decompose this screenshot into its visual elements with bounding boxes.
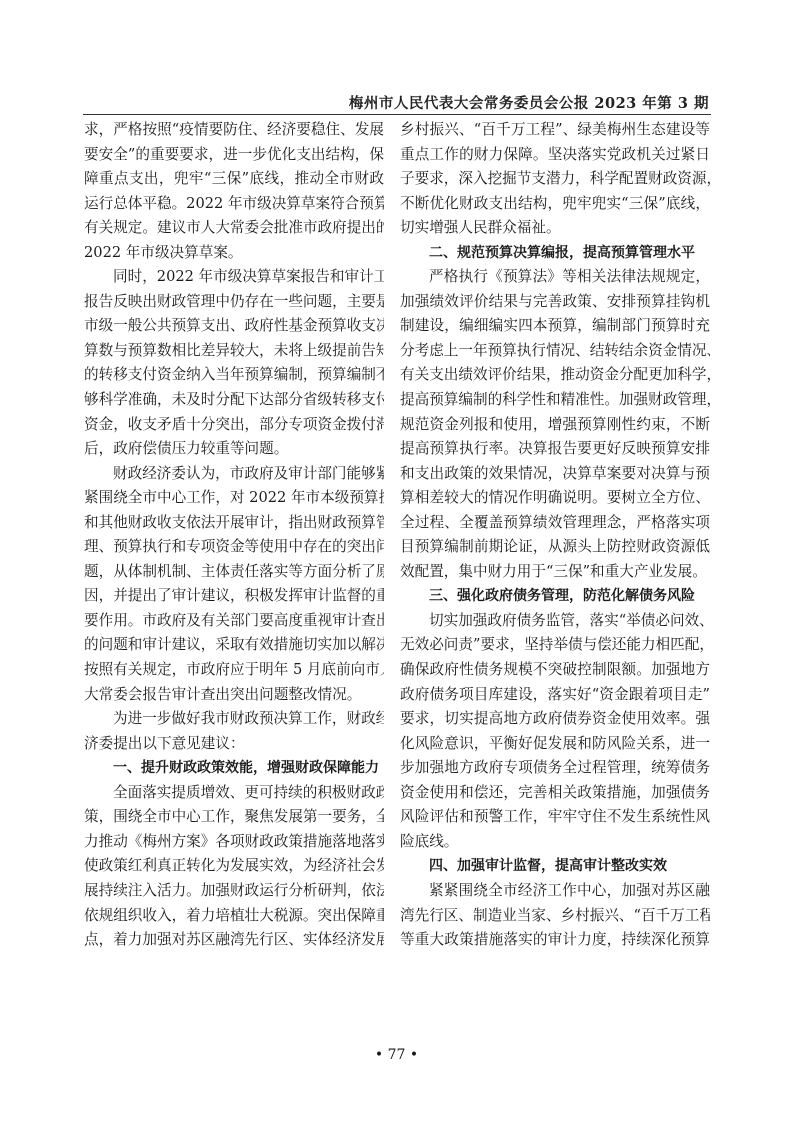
text-line: 湾先行区、制造业当家、乡村振兴、“百千万工程” [400, 904, 710, 929]
text-line: 效配置，集中财力用于“三保”和重大产业发展。 [400, 560, 710, 585]
paragraph: 同时，2022 年市级决算草案报告和审计工作报告反映出财政管理中仍存在一些问题，… [84, 265, 384, 461]
text-line: 无效必问责”要求，坚持举债与偿还能力相匹配， [400, 633, 710, 658]
text-line: 要作用。市政府及有关部门要高度重视审计查出 [84, 609, 384, 634]
text-line: 按照有关规定，市政府应于明年 5 月底前向市人 [84, 658, 384, 683]
text-line: 制建设，编细编实四本预算，编制部门预算时充 [400, 314, 710, 339]
text-line: 规范资金列报和使用，增强预算刚性约束，不断 [400, 413, 710, 438]
text-line: 有关支出绩效评价结果，推动资金分配更加科学， [400, 363, 710, 388]
text-line: 算数与预算数相比差异较大，未将上级提前告知 [84, 339, 384, 364]
page-number: • 77 • [0, 1047, 793, 1063]
text-line: 目预算编制前期论证，从源头上防控财政资源低 [400, 535, 710, 560]
text-line: 算相差较大的情况作明确说明。要树立全方位、 [400, 486, 710, 511]
text-line: 展持续注入活力。加强财政运行分析研判，依法 [84, 879, 384, 904]
text-line: 和支出政策的效果情况，决算草案要对决算与预 [400, 462, 710, 487]
text-line: 使政策红利真正转化为发展实效，为经济社会发 [84, 854, 384, 879]
text-line: 提高预算执行率。决算报告要更好反映预算安排 [400, 437, 710, 462]
text-line: 切实增强人民群众福祉。 [400, 216, 710, 241]
text-line: 资金使用和偿还，完善相关政策措施，加强债务 [400, 781, 710, 806]
text-line: 全过程、全覆盖预算绩效管理理念，严格落实项 [400, 511, 710, 536]
text-line: 力推动《梅州方案》各项财政政策措施落地落实， [84, 830, 384, 855]
text-line: 点，着力加强对苏区融湾先行区、实体经济发展、 [84, 928, 384, 953]
text-line: 严格执行《预算法》等相关法律法规规定， [400, 265, 710, 290]
text-line: 确保政府性债务规模不突破控制限额。加强地方 [400, 658, 710, 683]
page-header: 梅州市人民代表大会常务委员会公报 2023 年第 3 期 [83, 92, 711, 115]
text-line: 等重大政策措施落实的审计力度，持续深化预算 [400, 928, 710, 953]
text-line: 市级一般公共预算支出、政府性基金预算收支决 [84, 314, 384, 339]
text-line: 求，严格按照“疫情要防住、经济要稳住、发展 [84, 118, 384, 143]
text-line: 提高预算编制的科学性和精准性。加强财政管理， [400, 388, 710, 413]
text-line: 理、预算执行和专项资金等使用中存在的突出问 [84, 535, 384, 560]
paragraph: 财政经济委认为，市政府及审计部门能够紧紧围绕全市中心工作，对 2022 年市本级… [84, 462, 384, 707]
paragraph: 为进一步做好我市财政预决算工作，财政经济委提出以下意见建议： [84, 707, 384, 756]
section-heading: 二、规范预算决算编报，提高预算管理水平 [400, 241, 710, 266]
text-line: 济委提出以下意见建议： [84, 732, 384, 757]
text-line: 的问题和审计建议，采取有效措施切实加以解决。 [84, 633, 384, 658]
text-line: 紧围绕全市中心工作，对 2022 年市本级预算执行 [84, 486, 384, 511]
text-line: 的转移支付资金纳入当年预算编制，预算编制不 [84, 363, 384, 388]
text-line: 运行总体平稳。2022 年市级决算草案符合预算法 [84, 192, 384, 217]
section-heading: 四、加强审计监督，提高审计整改实效 [400, 854, 710, 879]
text-line: 重点工作的财力保障。坚决落实党政机关过紧日 [400, 143, 710, 168]
text-line: 和其他财政收支依法开展审计，指出财政预算管 [84, 511, 384, 536]
text-line: 步加强地方政府专项债务全过程管理，统筹债务 [400, 756, 710, 781]
text-line: 加强绩效评价结果与完善政策、安排预算挂钩机 [400, 290, 710, 315]
text-line: 二、规范预算决算编报，提高预算管理水平 [400, 241, 710, 266]
bulletin-title: 梅州市人民代表大会常务委员会公报 2023 年第 3 期 [349, 92, 709, 113]
text-line: 分考虑上一年预算执行情况、结转结余资金情况、 [400, 339, 710, 364]
text-line: 够科学准确，未及时分配下达部分省级转移支付 [84, 388, 384, 413]
section-heading: 三、强化政府债务管理，防范化解债务风险 [400, 584, 710, 609]
paragraph: 求，严格按照“疫情要防住、经济要稳住、发展要安全”的重要要求，进一步优化支出结构… [84, 118, 384, 265]
text-line: 为进一步做好我市财政预决算工作，财政经 [84, 707, 384, 732]
text-line: 报告反映出财政管理中仍存在一些问题，主要是： [84, 290, 384, 315]
text-line: 要求，切实提高地方政府债券资金使用效率。强 [400, 707, 710, 732]
right-column: 乡村振兴、“百千万工程”、绿美梅州生态建设等重点工作的财力保障。坚决落实党政机关… [400, 118, 710, 953]
text-line: 全面落实提质增效、更可持续的积极财政政 [84, 781, 384, 806]
text-line: 风险评估和预警工作，牢牢守住不发生系统性风 [400, 805, 710, 830]
text-line: 因，并提出了审计建议，积极发挥审计监督的重 [84, 584, 384, 609]
text-line: 一、提升财政政策效能，增强财政保障能力 [84, 756, 384, 781]
text-line: 政府债务项目库建设，落实好“资金跟着项目走” [400, 683, 710, 708]
text-line: 资金，收支矛盾十分突出，部分专项资金拨付滞 [84, 413, 384, 438]
text-line: 后，政府偿债压力较重等问题。 [84, 437, 384, 462]
text-line: 四、加强审计监督，提高审计整改实效 [400, 854, 710, 879]
text-line: 乡村振兴、“百千万工程”、绿美梅州生态建设等 [400, 118, 710, 143]
text-line: 同时，2022 年市级决算草案报告和审计工作 [84, 265, 384, 290]
text-line: 要安全”的重要要求，进一步优化支出结构，保 [84, 143, 384, 168]
text-line: 不断优化财政支出结构，兜牢兜实“三保”底线， [400, 192, 710, 217]
text-line: 有关规定。建议市人大常委会批准市政府提出的 [84, 216, 384, 241]
paragraph: 切实加强政府债务监管，落实“举债必问效、无效必问责”要求，坚持举债与偿还能力相匹… [400, 609, 710, 854]
text-line: 切实加强政府债务监管，落实“举债必问效、 [400, 609, 710, 634]
text-line: 障重点支出，兜牢“三保”底线，推动全市财政 [84, 167, 384, 192]
paragraph: 紧紧围绕全市经济工作中心，加强对苏区融湾先行区、制造业当家、乡村振兴、“百千万工… [400, 879, 710, 953]
text-line: 紧紧围绕全市经济工作中心，加强对苏区融 [400, 879, 710, 904]
text-line: 2022 年市级决算草案。 [84, 241, 384, 266]
section-heading: 一、提升财政政策效能，增强财政保障能力 [84, 756, 384, 781]
text-line: 子要求，深入挖掘节支潜力，科学配置财政资源， [400, 167, 710, 192]
text-line: 题，从体制机制、主体责任落实等方面分析了原 [84, 560, 384, 585]
text-line: 化风险意识，平衡好促发展和防风险关系，进一 [400, 732, 710, 757]
paragraph: 全面落实提质增效、更可持续的积极财政政策，围绕全市中心工作，聚焦发展第一要务，全… [84, 781, 384, 953]
text-line: 险底线。 [400, 830, 710, 855]
left-column: 求，严格按照“疫情要防住、经济要稳住、发展要安全”的重要要求，进一步优化支出结构… [84, 118, 384, 953]
paragraph: 乡村振兴、“百千万工程”、绿美梅州生态建设等重点工作的财力保障。坚决落实党政机关… [400, 118, 710, 241]
text-line: 财政经济委认为，市政府及审计部门能够紧 [84, 462, 384, 487]
text-line: 依规组织收入，着力培植壮大税源。突出保障重 [84, 904, 384, 929]
paragraph: 严格执行《预算法》等相关法律法规规定，加强绩效评价结果与完善政策、安排预算挂钩机… [400, 265, 710, 584]
text-line: 策，围绕全市中心工作，聚焦发展第一要务，全 [84, 805, 384, 830]
text-line: 大常委会报告审计查出突出问题整改情况。 [84, 683, 384, 708]
text-line: 三、强化政府债务管理，防范化解债务风险 [400, 584, 710, 609]
